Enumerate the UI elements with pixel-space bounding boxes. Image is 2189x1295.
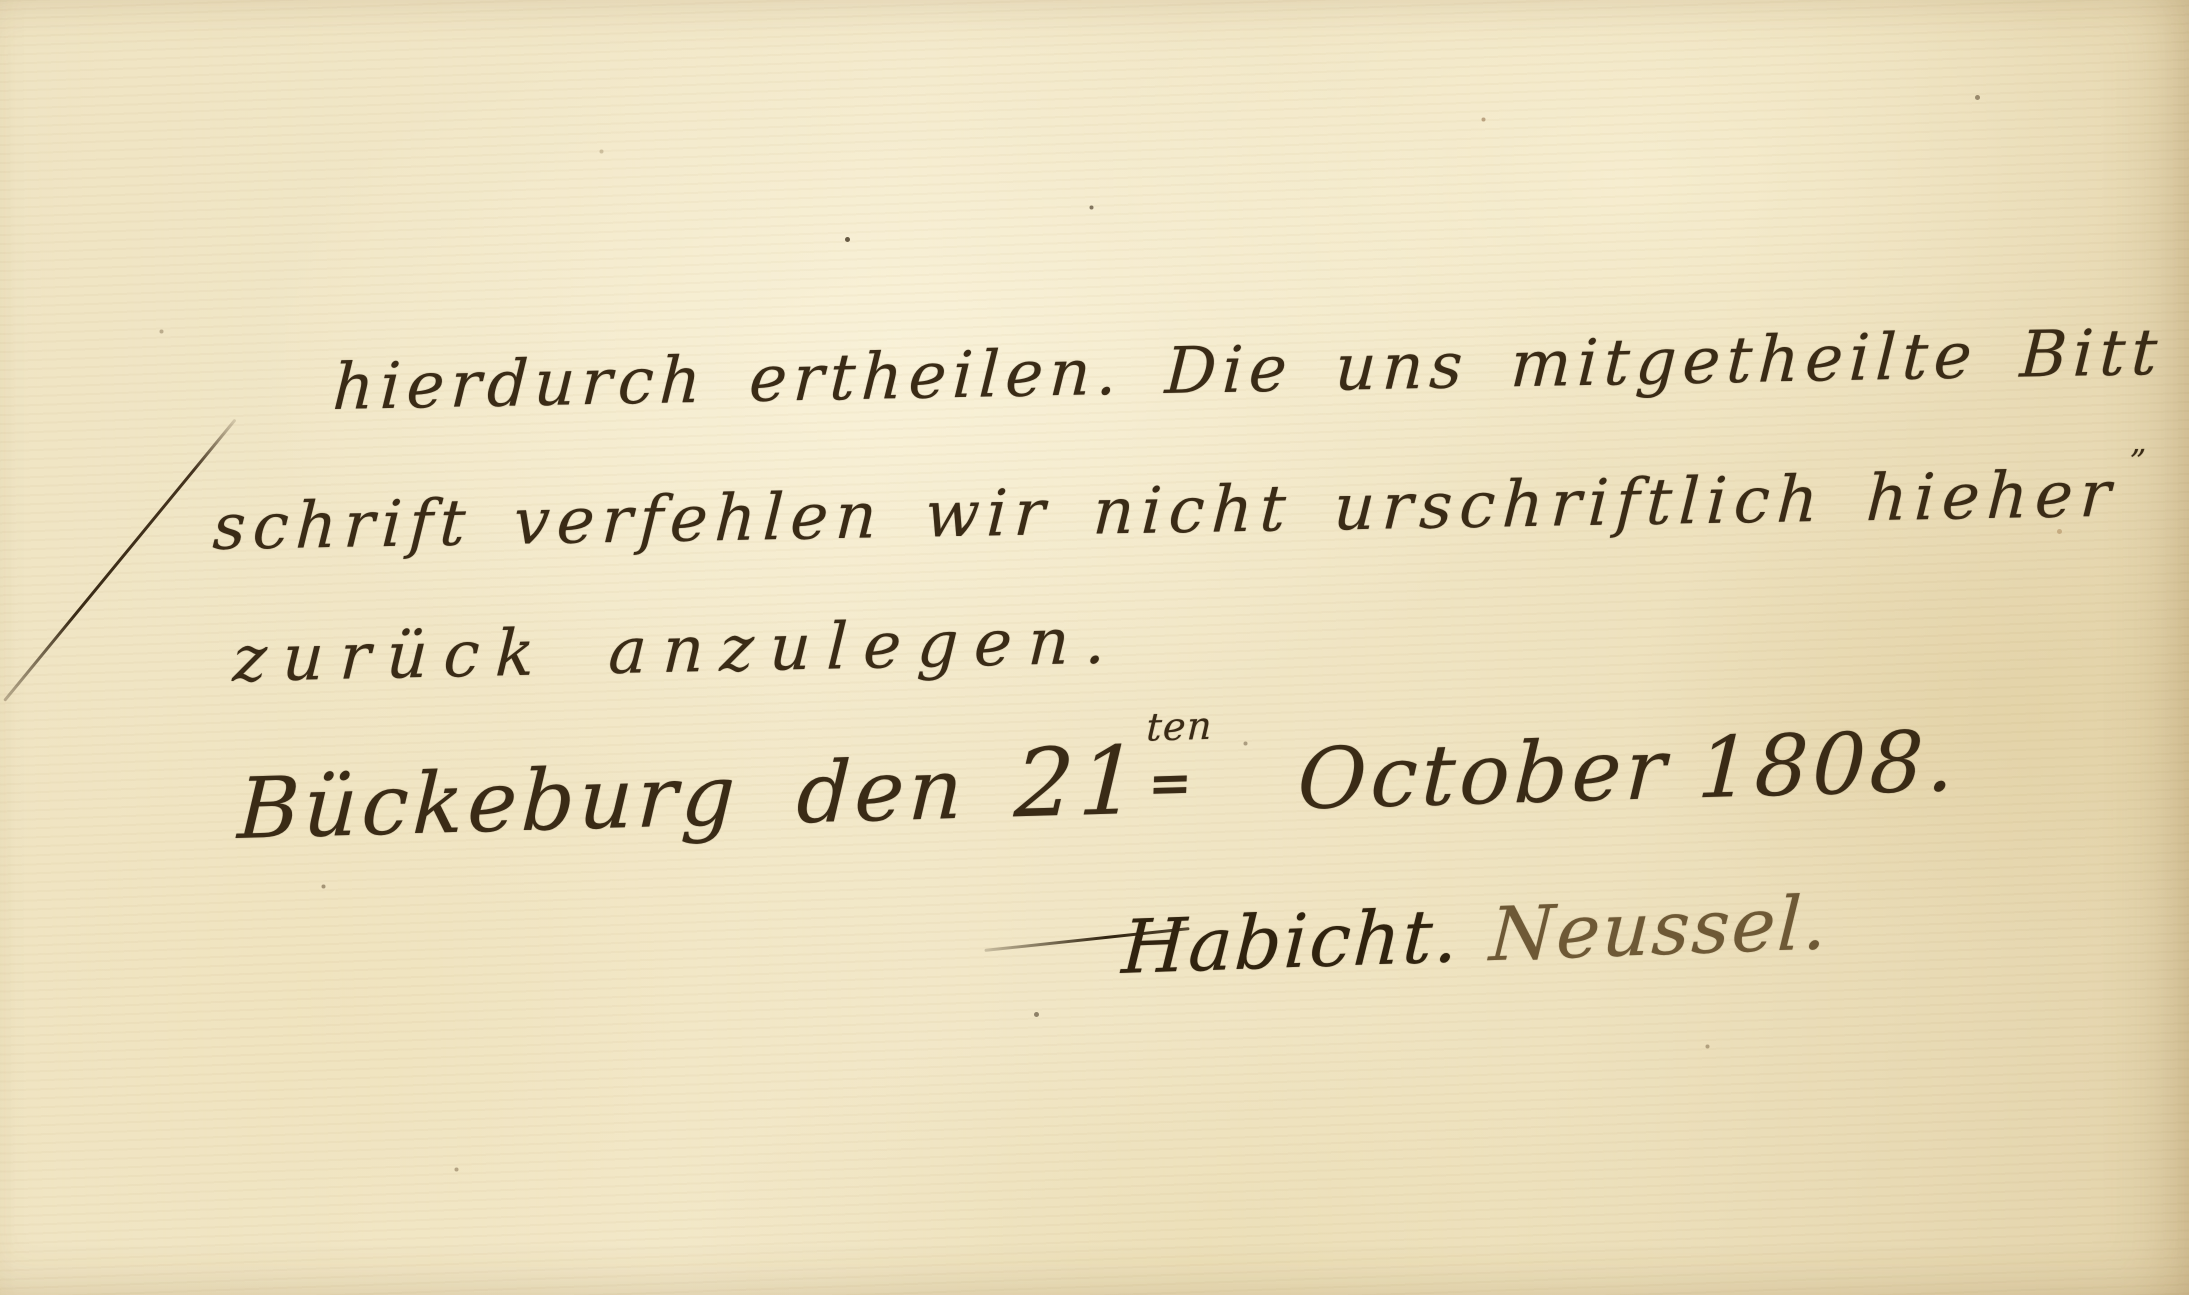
insertion-mark: ”: [2128, 442, 2146, 480]
dateline-punctuation: .: [1925, 712, 1960, 811]
signature-habicht: Habicht.: [1120, 893, 1462, 991]
dateline-month: October: [1296, 720, 1672, 829]
ink-specks: [0, 0, 3, 3]
manuscript-page: hierdurch ertheilen. Die uns mitgetheilt…: [0, 0, 2189, 1295]
signature-line: Habicht.Neussel.: [1120, 877, 1832, 994]
dateline-ordinal-stack: ten=: [1141, 725, 1266, 813]
manuscript-line-2-text: schrift verfehlen wir nicht urschriftlic…: [211, 458, 2119, 565]
dateline-day: 21: [1012, 727, 1144, 840]
dateline-ordinal: ten: [1145, 703, 1213, 753]
margin-slash-mark: [3, 419, 236, 702]
dateline-underline-mark: =: [1147, 750, 1191, 816]
dateline: Bückeburgden21ten=October1808.: [236, 700, 1961, 866]
manuscript-line-1: hierdurch ertheilen. Die uns mitgetheilt…: [331, 313, 2165, 428]
manuscript-line-3: zurück anzulegen.: [231, 601, 1124, 700]
manuscript-line-2: schrift verfehlen wir nicht urschriftlic…: [211, 454, 2146, 568]
dateline-article: den: [795, 740, 969, 843]
dateline-year: 1808: [1696, 713, 1930, 818]
dateline-place: Bückeburg: [236, 746, 741, 858]
signature-neussel: Neussel.: [1488, 880, 1831, 978]
